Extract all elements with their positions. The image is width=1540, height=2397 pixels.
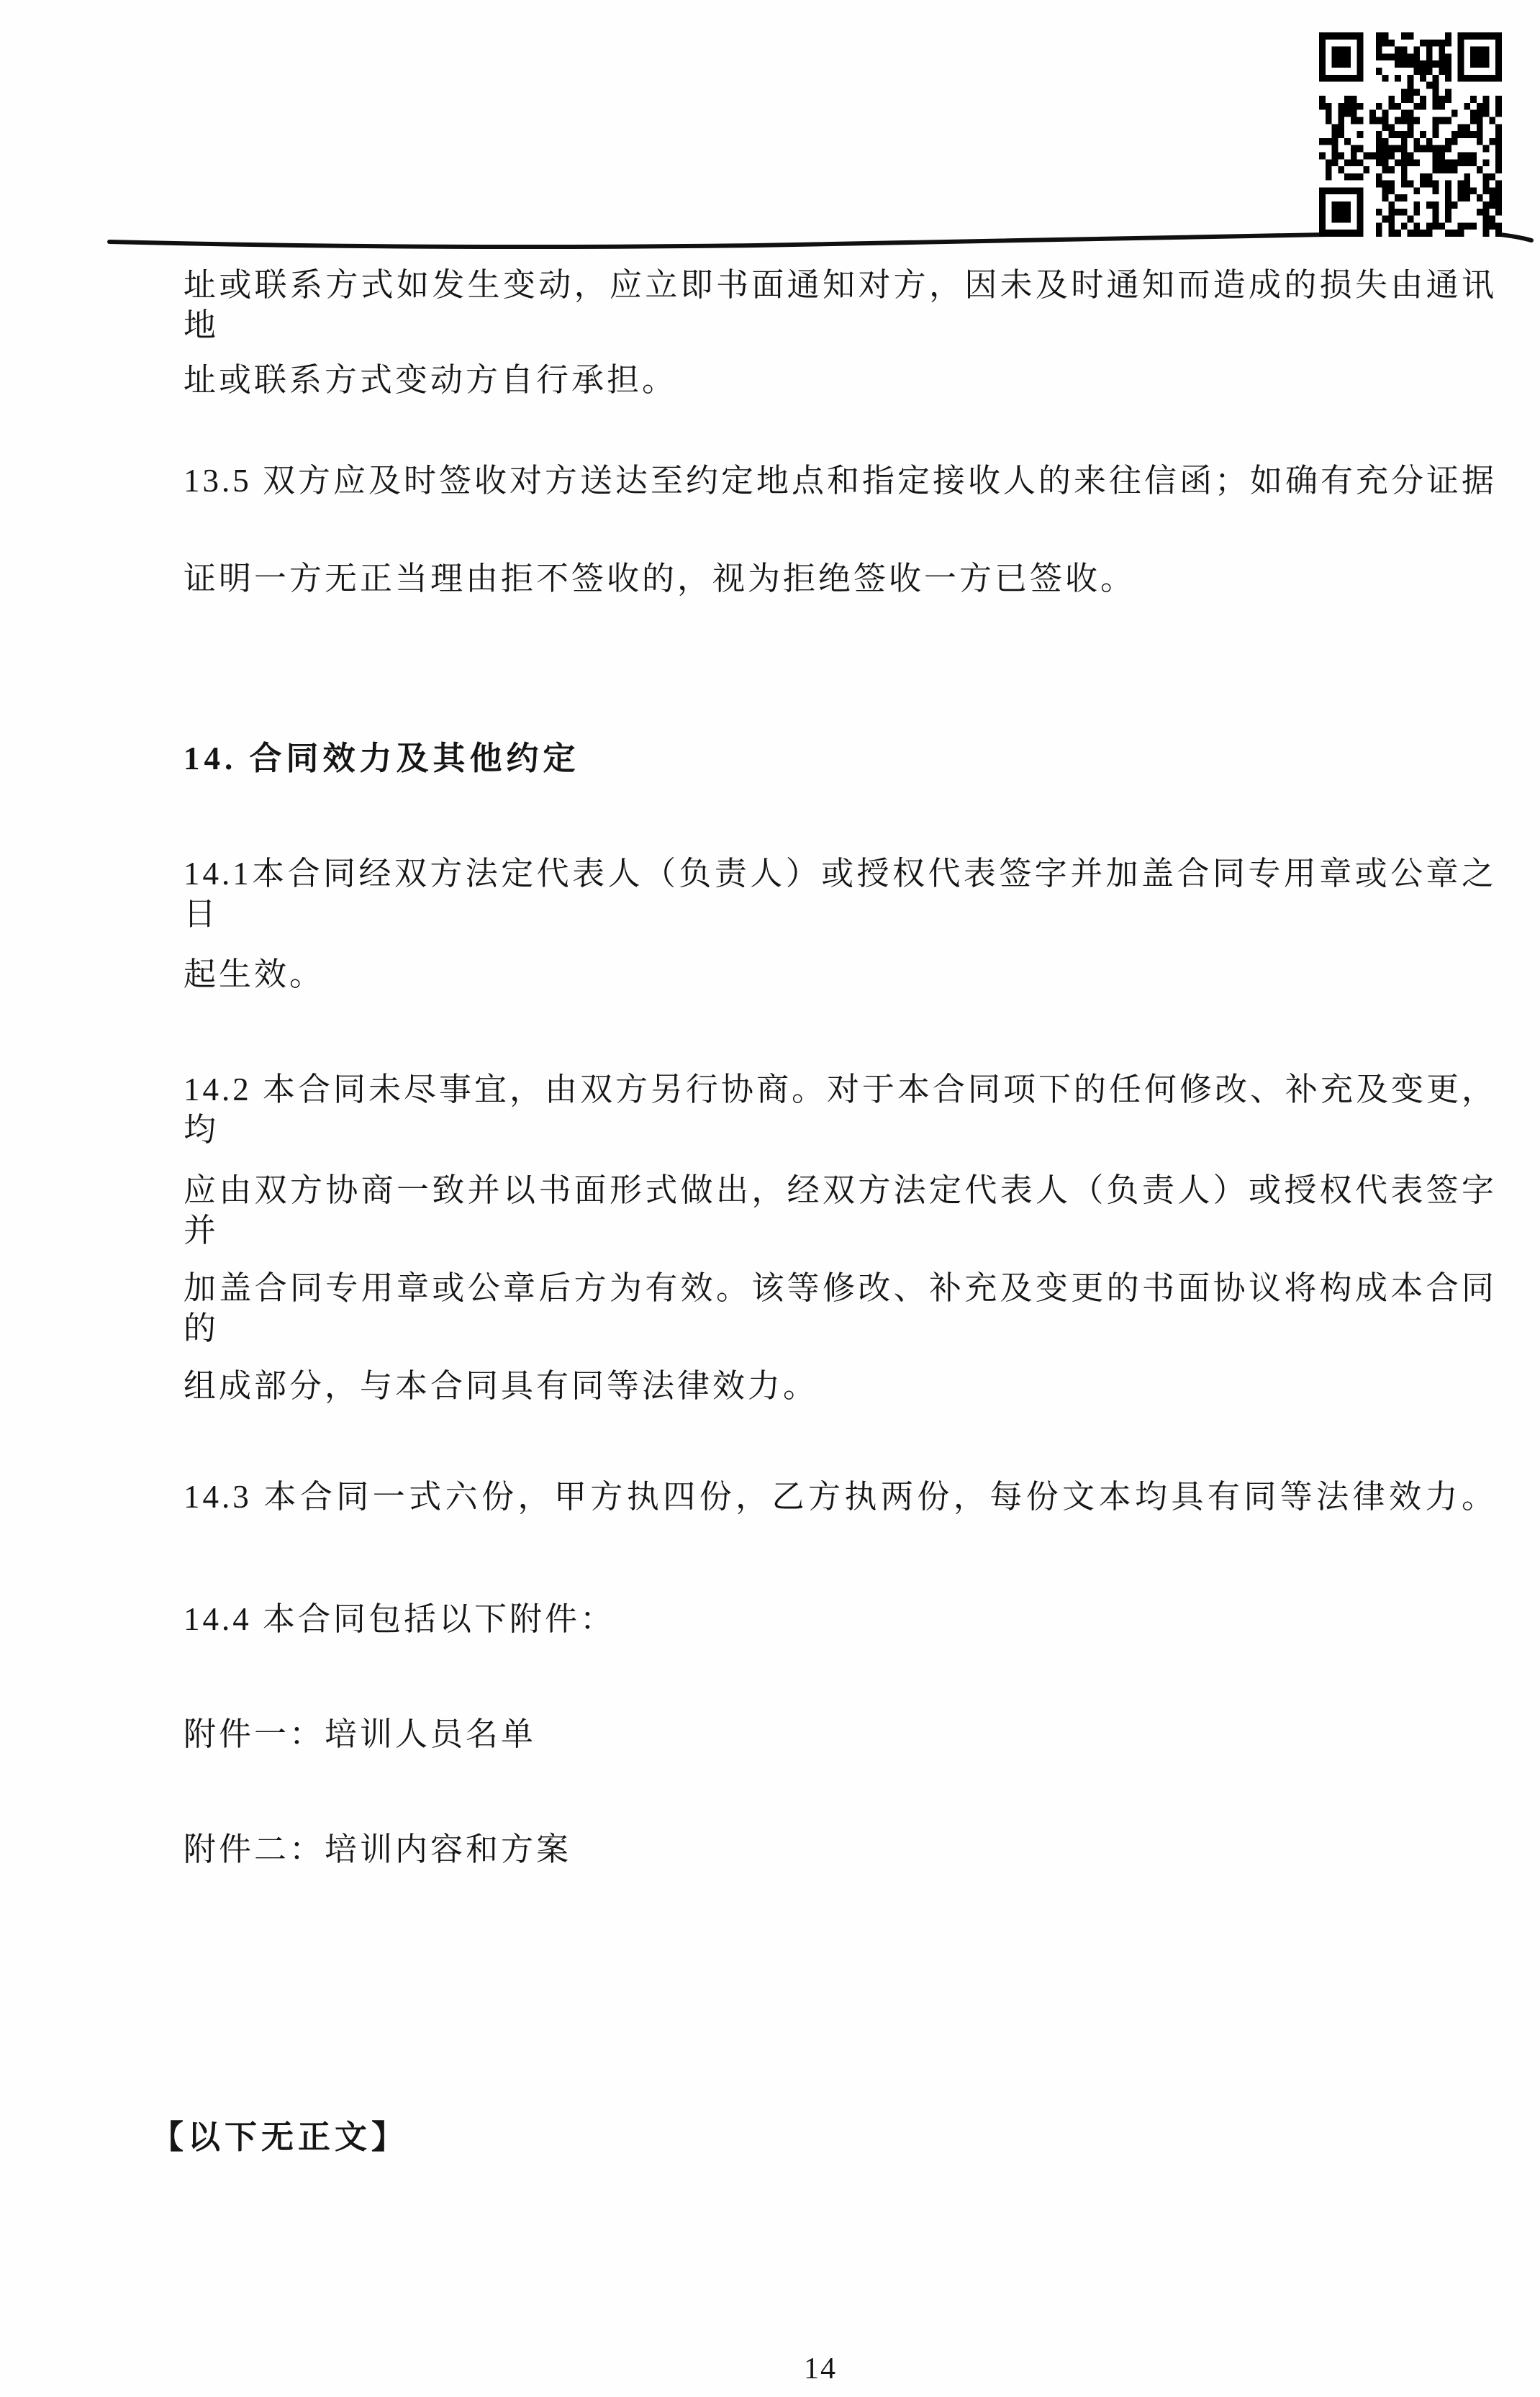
clause-14-2-line: 应由双方协商一致并以书面形式做出，经双方法定代表人（负责人）或授权代表签字并 xyxy=(184,1170,1497,1251)
clause-13-4-line: 址或联系方式变动方自行承担。 xyxy=(184,360,1497,400)
attachment-1-line: 附件一：培训人员名单 xyxy=(184,1714,1497,1754)
clause-14-2-line: 组成部分，与本合同具有同等法律效力。 xyxy=(184,1366,1497,1406)
clause-13-4-line: 址或联系方式如发生变动，应立即书面通知对方，因未及时通知而造成的损失由通讯地 xyxy=(184,265,1497,346)
attachment-2-line: 附件二：培训内容和方案 xyxy=(184,1829,1497,1870)
clause-14-4-line: 14.4 本合同包括以下附件： xyxy=(184,1599,1497,1639)
end-of-text-note: 【以下无正文】 xyxy=(151,2117,1464,2157)
qr-code-icon xyxy=(1319,32,1502,237)
clause-14-2-line: 14.2 本合同未尽事宜，由双方另行协商。对于本合同项下的任何修改、补充及变更，… xyxy=(184,1069,1497,1151)
clause-13-5-line: 13.5 双方应及时签收对方送达至约定地点和指定接收人的来往信函；如确有充分证据 xyxy=(184,461,1497,501)
clause-14-1-line: 起生效。 xyxy=(184,954,1497,994)
clause-14-3-line: 14.3 本合同一式六份，甲方执四份，乙方执两份，每份文本均具有同等法律效力。 xyxy=(184,1477,1497,1517)
document-page: 址或联系方式如发生变动，应立即书面通知对方，因未及时通知而造成的损失由通讯地 址… xyxy=(0,0,1540,2397)
clause-14-1-line: 14.1本合同经双方法定代表人（负责人）或授权代表签字并加盖合同专用章或公章之日 xyxy=(184,853,1497,935)
section-14-heading: 14. 合同效力及其他约定 xyxy=(184,738,1497,779)
page-number: 14 xyxy=(784,2352,856,2386)
clause-13-5-line: 证明一方无正当理由拒不签收的，视为拒绝签收一方已签收。 xyxy=(184,558,1497,599)
clause-14-2-line: 加盖合同专用章或公章后方为有效。该等修改、补充及变更的书面协议将构成本合同的 xyxy=(184,1268,1497,1349)
